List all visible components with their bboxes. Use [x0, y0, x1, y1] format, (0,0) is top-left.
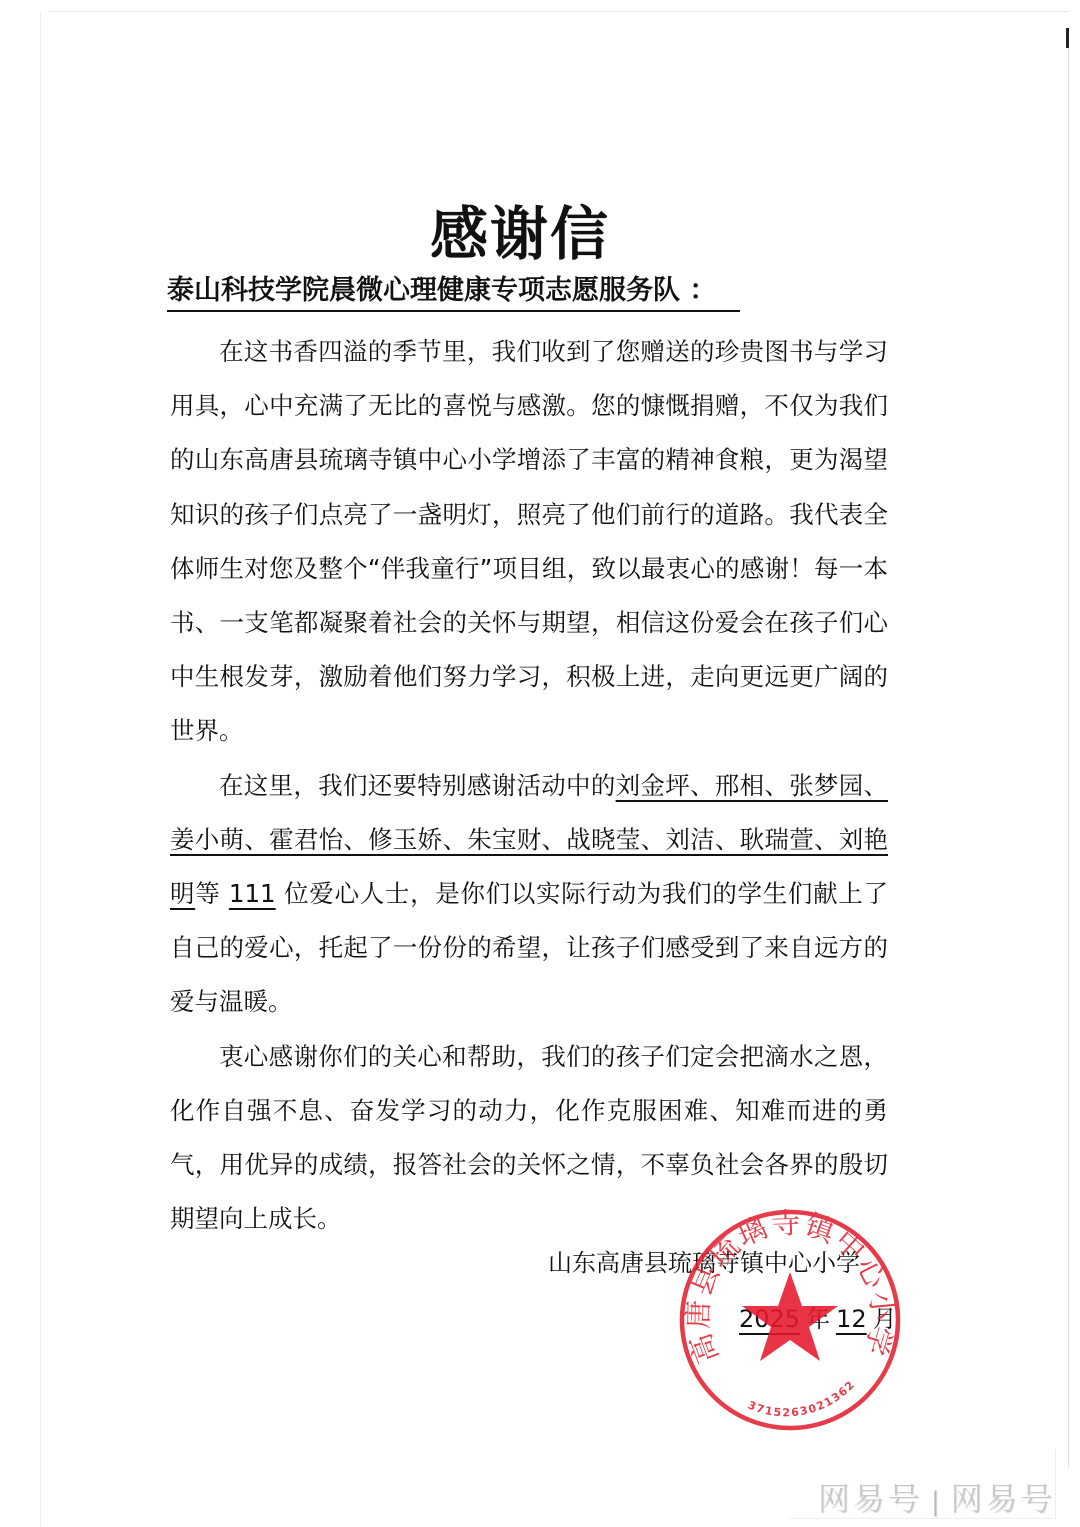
- scan-corner-mark: [1066, 28, 1069, 48]
- watermark: 网易号|网易号: [818, 1474, 1056, 1520]
- volunteer-count: 111: [229, 879, 276, 908]
- paragraph-2: 在这里，我们还要特别感谢活动中的刘金坪、邢相、张梦园、姜小萌、霍君怡、修玉娇、朱…: [170, 759, 888, 1030]
- page-edge-right: [1068, 28, 1069, 1468]
- paragraph-2-rest: 位爱心人士，是你们以实际行动为我们的学生们献上了自己的爱心，托起了一份份的希望，…: [170, 879, 888, 1016]
- letter-title: 感谢信: [0, 197, 1040, 271]
- page-edge-top: [48, 11, 1068, 12]
- watermark-separator: |: [923, 1487, 951, 1517]
- paragraph-2-connector: 等: [195, 879, 229, 908]
- paragraph-1: 在这书香四溢的季节里，我们收到了您赠送的珍贵图书与学习用具，心中充满了无比的喜悦…: [170, 325, 888, 759]
- star-icon: [742, 1272, 838, 1361]
- letter-body: 在这书香四溢的季节里，我们收到了您赠送的珍贵图书与学习用具，心中充满了无比的喜悦…: [170, 325, 888, 1246]
- watermark-left: 网易号: [818, 1480, 923, 1518]
- letter-salutation: 泰山科技学院晨微心理健康专项志愿服务队 ：: [167, 272, 740, 312]
- paragraph-2-intro: 在这里，我们还要特别感谢活动中的: [219, 771, 616, 800]
- official-seal: 高唐县琉璃寺镇中心小学 3715263021362: [678, 1208, 902, 1432]
- watermark-right: 网易号: [951, 1480, 1056, 1518]
